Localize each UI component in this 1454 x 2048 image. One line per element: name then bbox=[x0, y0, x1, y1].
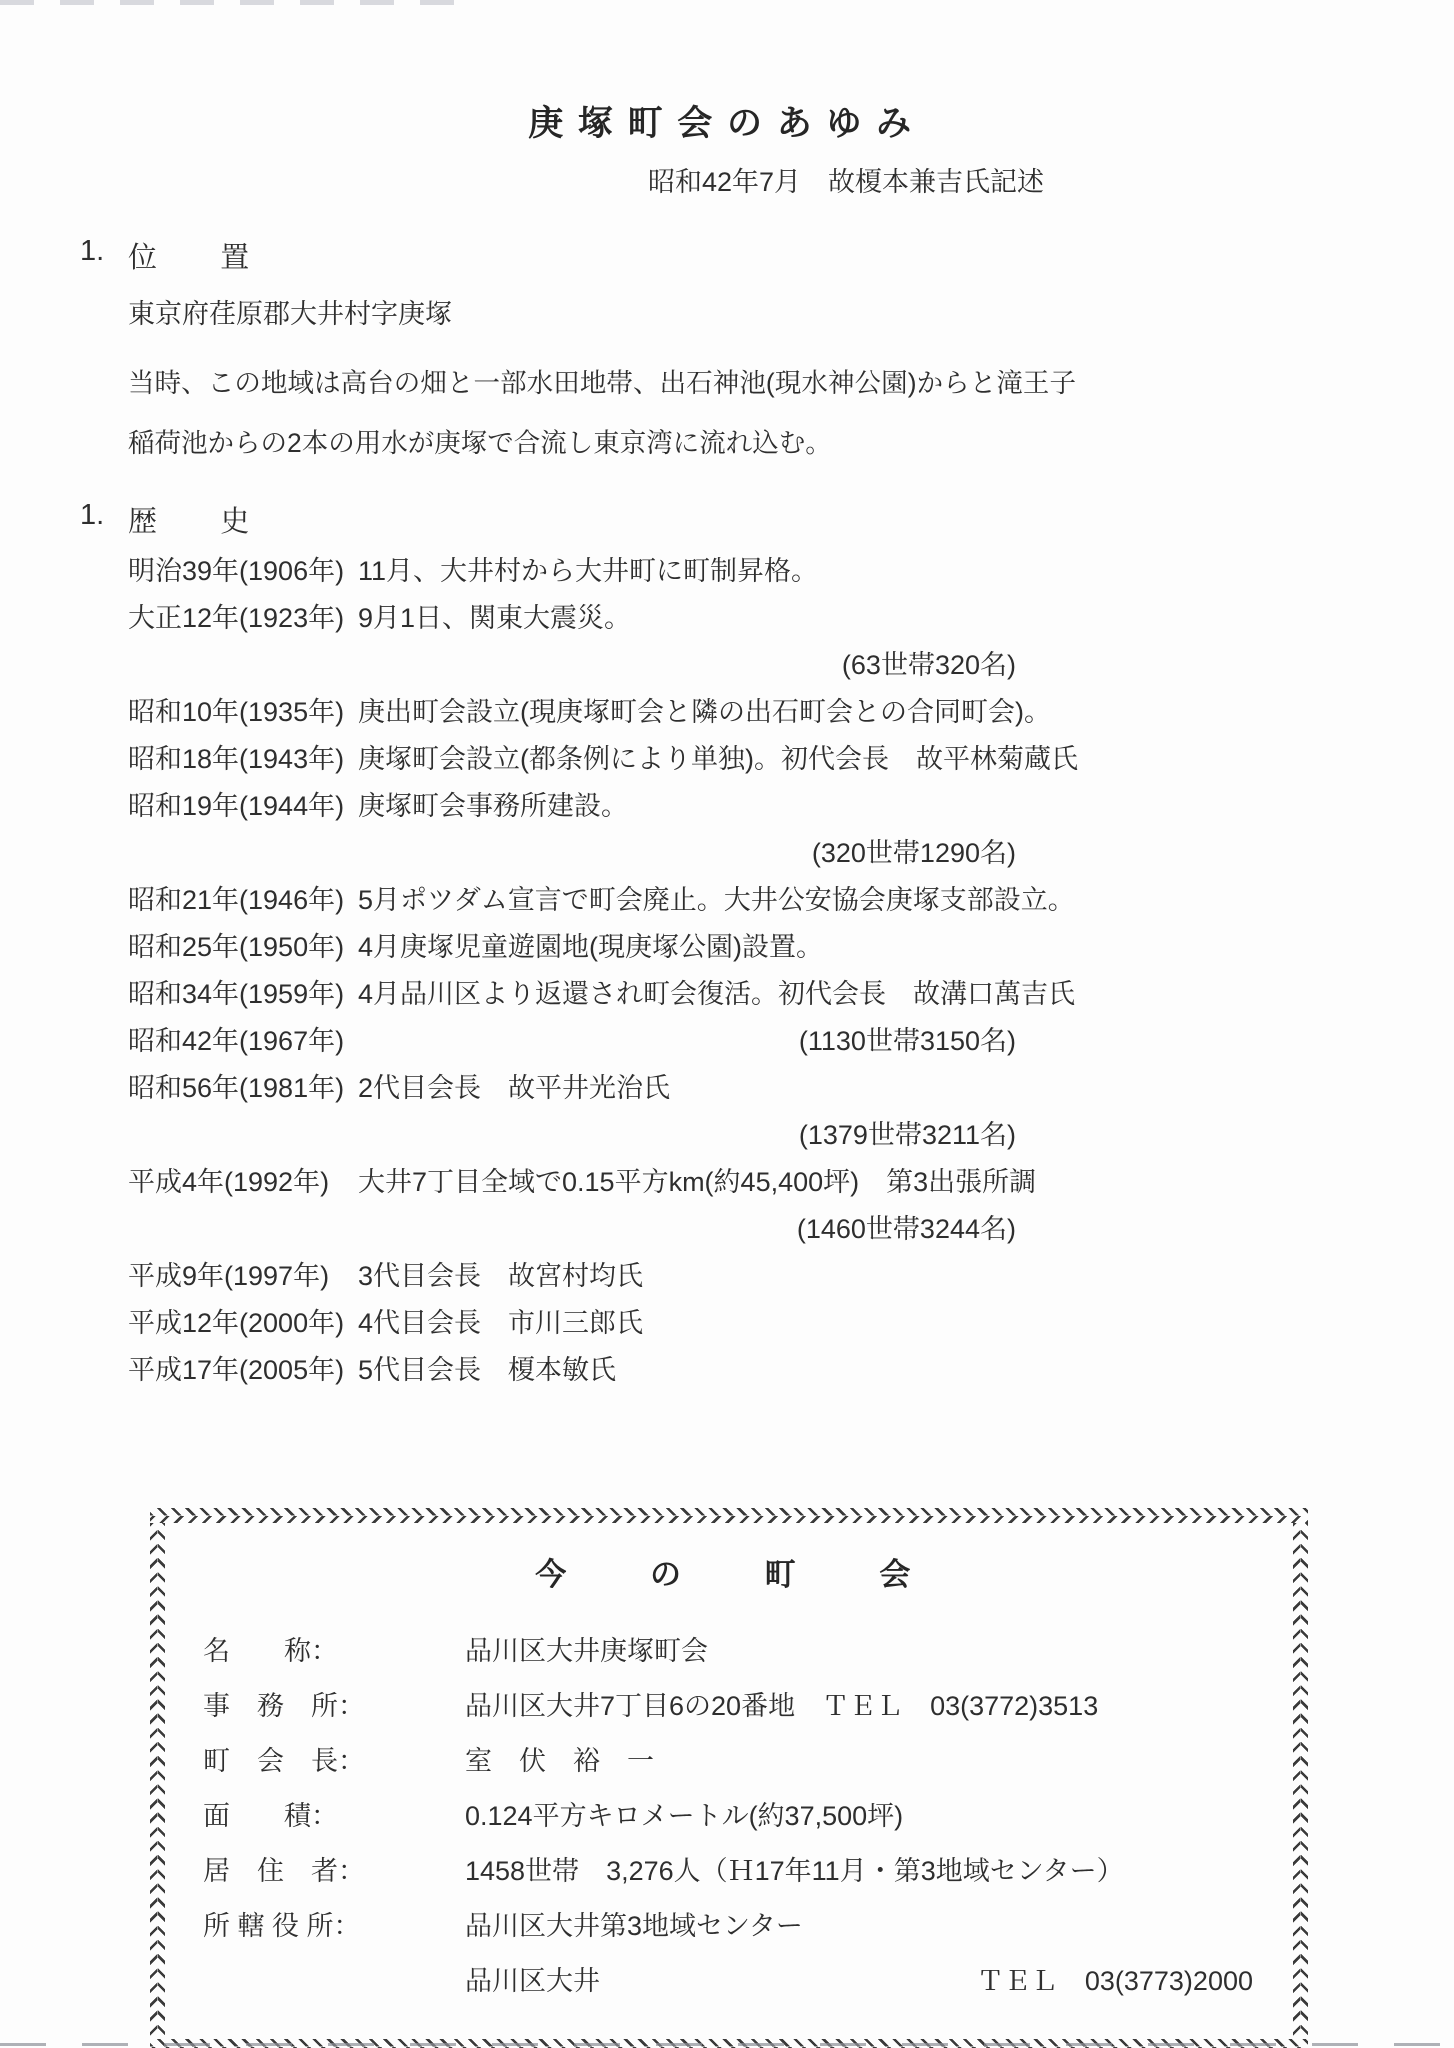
box-row-label: 名 称： bbox=[203, 1624, 453, 1679]
timeline-row: 昭和56年(1981年) 2代目会長 故平井光治氏 bbox=[128, 1065, 1454, 1112]
timeline-note-text: (1460世帯3244名) bbox=[797, 1214, 1016, 1244]
timeline-row: 平成17年(2005年) 5代目会長 榎本敏氏 bbox=[128, 1347, 1454, 1394]
box-footer-tel: ＴＥＬ 03(3773)2000 bbox=[977, 1954, 1253, 2009]
timeline-year: 平成17年(2005年) bbox=[128, 1347, 358, 1394]
timeline-description: 庚塚町会設立(都条例により単独)。初代会長 故平林菊蔵氏 bbox=[358, 736, 1078, 783]
timeline-year: 大正12年(1923年) bbox=[128, 595, 358, 642]
box-row-label: 面 積： bbox=[203, 1789, 453, 1844]
box-row-value: 0.124平方キロメートル(約37,500坪) bbox=[465, 1789, 903, 1844]
timeline-description: 4月庚塚児童遊園地(現庚塚公園)設置。 bbox=[358, 924, 823, 971]
timeline-household-note: (1130世帯3150名) bbox=[799, 1018, 1016, 1065]
timeline-description: 5月ポツダム宣言で町会廃止。大井公安協会庚塚支部設立。 bbox=[358, 877, 1075, 924]
timeline-row: 昭和18年(1943年) 庚塚町会設立(都条例により単独)。初代会長 故平林菊蔵… bbox=[128, 736, 1454, 783]
location-address: 東京府荏原郡大井村字庚塚 bbox=[128, 292, 1454, 331]
timeline-row: 昭和42年(1967年) (1130世帯3150名) bbox=[128, 1018, 1454, 1065]
timeline-row: 昭和19年(1944年) 庚塚町会事務所建設。 bbox=[128, 783, 1454, 830]
timeline-year: 昭和21年(1946年) bbox=[128, 877, 358, 924]
section-location-label: 位 置 bbox=[128, 235, 251, 276]
timeline-description: 4月品川区より返還され町会復活。初代会長 故溝口萬吉氏 bbox=[358, 971, 1075, 1018]
section-history-number: 1. bbox=[80, 499, 128, 540]
box-row-label: 町 会 長： bbox=[203, 1734, 453, 1789]
timeline-year: 昭和19年(1944年) bbox=[128, 783, 358, 830]
timeline-household-note: (1379世帯3211名) bbox=[128, 1112, 1454, 1159]
timeline-year: 昭和18年(1943年) bbox=[128, 736, 358, 783]
timeline-description: 9月1日、関東大震災。 bbox=[358, 595, 631, 642]
box-row-jurisdiction: 所 轄 役 所： 品川区大井第3地域センター bbox=[203, 1899, 1269, 1954]
box-row-jurisdiction-continued: 品川区大井 ＴＥＬ 03(3773)2000 bbox=[203, 1954, 1269, 2009]
section-history-label: 歴 史 bbox=[128, 499, 251, 540]
timeline-row: 昭和10年(1935年) 庚出町会設立(現庚塚町会と隣の出石町会との合同町会)。 bbox=[128, 689, 1454, 736]
timeline-year: 平成4年(1992年) bbox=[128, 1159, 358, 1206]
decorative-border-top bbox=[150, 1508, 1308, 1523]
box-row-area: 面 積： 0.124平方キロメートル(約37,500坪) bbox=[203, 1789, 1269, 1844]
section-history-heading: 1. 歴 史 bbox=[0, 499, 1454, 540]
decorative-border-left bbox=[150, 1523, 165, 2039]
timeline-row: 昭和21年(1946年) 5月ポツダム宣言で町会廃止。大井公安協会庚塚支部設立。 bbox=[128, 877, 1454, 924]
timeline-description: 庚塚町会事務所建設。 bbox=[358, 783, 628, 830]
timeline-note-text: (63世帯320名) bbox=[842, 650, 1016, 680]
timeline-year: 昭和25年(1950年) bbox=[128, 924, 358, 971]
box-row-residents: 居 住 者： 1458世帯 3,276人（Ｈ17年11月・第3地域センター） bbox=[203, 1844, 1269, 1899]
scanned-document-page: { "page": { "title": "庚塚町会のあゆみ", "byline… bbox=[0, 0, 1454, 2048]
timeline-description: 庚出町会設立(現庚塚町会と隣の出石町会との合同町会)。 bbox=[358, 689, 1051, 736]
timeline-note-text: (320世帯1290名) bbox=[812, 838, 1016, 868]
timeline-year: 昭和56年(1981年) bbox=[128, 1065, 358, 1112]
box-row-value: 1458世帯 3,276人（Ｈ17年11月・第3地域センター） bbox=[465, 1844, 1124, 1899]
timeline-year: 明治39年(1906年) bbox=[128, 548, 358, 595]
timeline-row: 昭和34年(1959年) 4月品川区より返還され町会復活。初代会長 故溝口萬吉氏 bbox=[128, 971, 1454, 1018]
document-byline: 昭和42年7月 故榎本兼吉氏記述 bbox=[648, 160, 1454, 199]
scan-edge-artifact-bottom bbox=[0, 2043, 1454, 2046]
timeline-year: 昭和42年(1967年) bbox=[128, 1018, 358, 1065]
timeline-description: 5代目会長 榎本敏氏 bbox=[358, 1347, 616, 1394]
box-row-value: 品川区大井7丁目6の20番地 ＴＥＬ 03(3772)3513 bbox=[465, 1679, 1098, 1734]
timeline-description: 4代目会長 市川三郎氏 bbox=[358, 1300, 643, 1347]
box-row-value: 室 伏 裕 一 bbox=[465, 1734, 654, 1789]
current-association-content: 今 の 町 会 名 称： 品川区大井庚塚町会 事 務 所： 品川区大井7丁目6の… bbox=[165, 1523, 1293, 2039]
timeline-description: 11月、大井村から大井町に町制昇格。 bbox=[358, 548, 818, 595]
timeline-description: 大井7丁目全域で0.15平方km(約45,400坪) 第3出張所調 bbox=[358, 1159, 1036, 1206]
timeline-household-note: (1460世帯3244名) bbox=[128, 1206, 1454, 1253]
timeline-row: 平成12年(2000年) 4代目会長 市川三郎氏 bbox=[128, 1300, 1454, 1347]
section-location-heading: 1. 位 置 bbox=[0, 235, 1454, 276]
box-row-office: 事 務 所： 品川区大井7丁目6の20番地 ＴＥＬ 03(3772)3513 bbox=[203, 1679, 1269, 1734]
box-row-label: 居 住 者： bbox=[203, 1844, 453, 1899]
current-association-box: 今 の 町 会 名 称： 品川区大井庚塚町会 事 務 所： 品川区大井7丁目6の… bbox=[150, 1508, 1308, 2048]
timeline-year: 平成9年(1997年) bbox=[128, 1253, 358, 1300]
box-row-label: 事 務 所： bbox=[203, 1679, 453, 1734]
box-footer-value: 品川区大井 bbox=[465, 1954, 600, 2009]
history-timeline: 明治39年(1906年) 11月、大井村から大井町に町制昇格。 大正12年(19… bbox=[128, 548, 1454, 1394]
timeline-row: 明治39年(1906年) 11月、大井村から大井町に町制昇格。 bbox=[128, 548, 1454, 595]
timeline-year: 平成12年(2000年) bbox=[128, 1300, 358, 1347]
box-row-value: 品川区大井庚塚町会 bbox=[465, 1624, 708, 1679]
timeline-row: 平成4年(1992年) 大井7丁目全域で0.15平方km(約45,400坪) 第… bbox=[128, 1159, 1454, 1206]
box-row-value: 品川区大井第3地域センター bbox=[465, 1899, 803, 1954]
box-row-label: 所 轄 役 所： bbox=[203, 1899, 453, 1954]
timeline-row: 大正12年(1923年) 9月1日、関東大震災。 bbox=[128, 595, 1454, 642]
document-title: 庚塚町会のあゆみ bbox=[0, 96, 1454, 146]
timeline-row: 平成9年(1997年) 3代目会長 故宮村均氏 bbox=[128, 1253, 1454, 1300]
timeline-description: 2代目会長 故平井光治氏 bbox=[358, 1065, 670, 1112]
box-title: 今 の 町 会 bbox=[203, 1549, 1269, 1594]
decorative-border-right bbox=[1293, 1523, 1308, 2039]
timeline-year: 昭和10年(1935年) bbox=[128, 689, 358, 736]
box-row-name: 名 称： 品川区大井庚塚町会 bbox=[203, 1624, 1269, 1679]
section-location-number: 1. bbox=[80, 235, 128, 276]
timeline-row: 昭和25年(1950年) 4月庚塚児童遊園地(現庚塚公園)設置。 bbox=[128, 924, 1454, 971]
timeline-note-text: (1379世帯3211名) bbox=[799, 1120, 1016, 1150]
location-paragraph: 当時、この地域は高台の畑と一部水田地帯、出石神池(現水神公園)からと滝王子稲荷池… bbox=[128, 353, 1076, 473]
timeline-household-note: (320世帯1290名) bbox=[128, 830, 1454, 877]
timeline-year: 昭和34年(1959年) bbox=[128, 971, 358, 1018]
timeline-household-note: (63世帯320名) bbox=[128, 642, 1454, 689]
scan-edge-artifact-top bbox=[0, 0, 470, 5]
timeline-description: 3代目会長 故宮村均氏 bbox=[358, 1253, 643, 1300]
box-row-chairman: 町 会 長： 室 伏 裕 一 bbox=[203, 1734, 1269, 1789]
